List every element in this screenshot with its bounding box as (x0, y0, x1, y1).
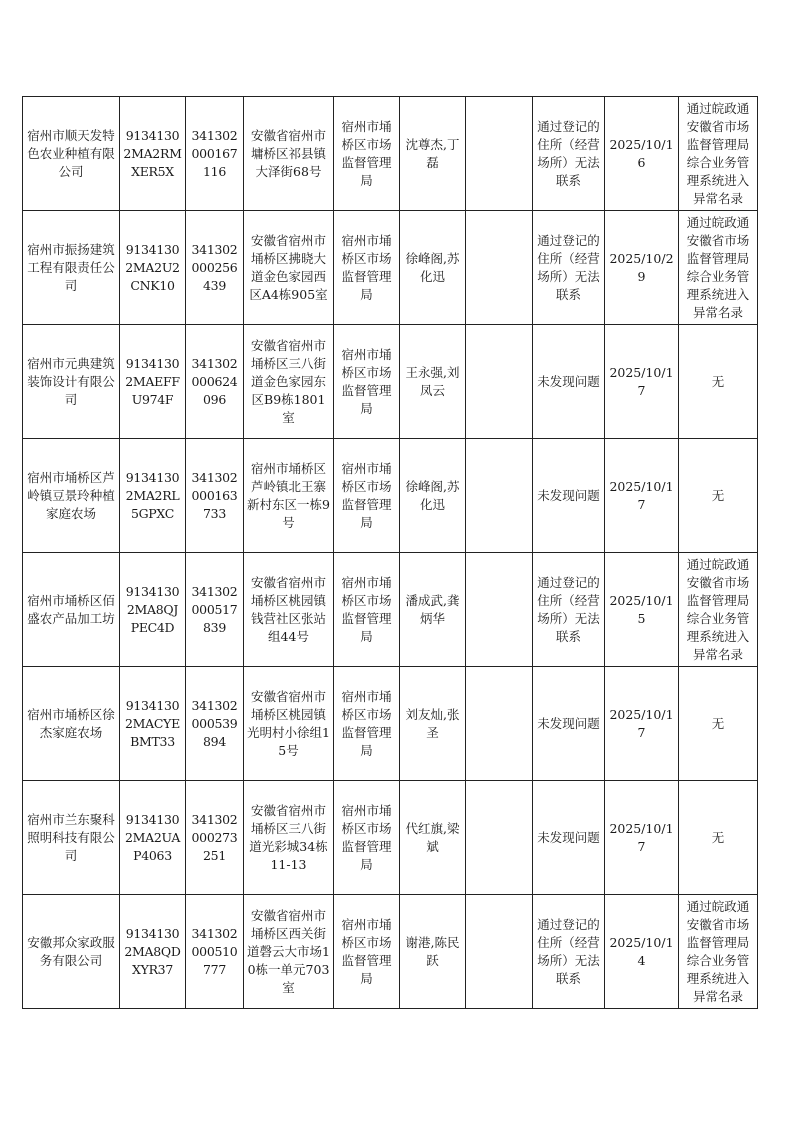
credit-code-cell: 91341302MAEFFU974F (120, 325, 186, 439)
enterprise-name-cell: 宿州市元典建筑装饰设计有限公司 (23, 325, 120, 439)
disposal-action-cell: 通过皖政通安徽省市场监督管理局综合业务管理系统进入异常名录 (679, 895, 758, 1009)
enterprise-name-cell: 宿州市顺天发特色农业种植有限公司 (23, 97, 120, 211)
inspection-result-cell: 通过登记的住所（经营场所）无法联系 (533, 895, 605, 1009)
credit-code-cell: 91341302MA2RMXER5X (120, 97, 186, 211)
authority-cell: 宿州市埇桥区市场监督管理局 (334, 553, 400, 667)
inspection-result-cell: 通过登记的住所（经营场所）无法联系 (533, 97, 605, 211)
disposal-action-cell: 无 (679, 781, 758, 895)
inspection-result-cell: 通过登记的住所（经营场所）无法联系 (533, 553, 605, 667)
inspection-result-cell: 通过登记的住所（经营场所）无法联系 (533, 211, 605, 325)
inspectors-cell: 沈尊杰,丁磊 (400, 97, 466, 211)
authority-cell: 宿州市埇桥区市场监督管理局 (334, 667, 400, 781)
table-row: 宿州市埇桥区徐杰家庭农场 91341302MACYEBMT33 34130200… (23, 667, 758, 781)
credit-code-cell: 91341302MA8QJPEC4D (120, 553, 186, 667)
authority-cell: 宿州市埇桥区市场监督管理局 (334, 97, 400, 211)
authority-cell: 宿州市埇桥区市场监督管理局 (334, 439, 400, 553)
registration-number-cell: 341302000510777 (186, 895, 244, 1009)
table-row: 宿州市埇桥区佰盛农产品加工坊 91341302MA8QJPEC4D 341302… (23, 553, 758, 667)
authority-cell: 宿州市埇桥区市场监督管理局 (334, 325, 400, 439)
enterprise-name-cell: 宿州市埇桥区芦岭镇豆景玲种植家庭农场 (23, 439, 120, 553)
address-cell: 宿州市埇桥区芦岭镇北王寨新村东区一栋9号 (244, 439, 334, 553)
address-cell: 安徽省宿州市埇桥区桃园镇钱营社区张站组44号 (244, 553, 334, 667)
empty-cell (466, 667, 533, 781)
address-cell: 安徽省宿州市埇桥区三八街道光彩城34栋11-13 (244, 781, 334, 895)
table-row: 宿州市元典建筑装饰设计有限公司 91341302MAEFFU974F 34130… (23, 325, 758, 439)
disposal-action-cell: 无 (679, 325, 758, 439)
table-row: 宿州市顺天发特色农业种植有限公司 91341302MA2RMXER5X 3413… (23, 97, 758, 211)
empty-cell (466, 553, 533, 667)
inspection-date-cell: 2025/10/17 (605, 667, 679, 781)
inspectors-cell: 潘成武,龚炳华 (400, 553, 466, 667)
empty-cell (466, 97, 533, 211)
inspection-result-cell: 未发现问题 (533, 781, 605, 895)
credit-code-cell: 91341302MA2RL5GPXC (120, 439, 186, 553)
empty-cell (466, 895, 533, 1009)
authority-cell: 宿州市埇桥区市场监督管理局 (334, 781, 400, 895)
disposal-action-cell: 通过皖政通安徽省市场监督管理局综合业务管理系统进入异常名录 (679, 553, 758, 667)
address-cell: 安徽省宿州市埇桥区桃园镇光明村小徐组15号 (244, 667, 334, 781)
inspection-results-table: 宿州市顺天发特色农业种植有限公司 91341302MA2RMXER5X 3413… (22, 96, 758, 1009)
enterprise-name-cell: 宿州市兰东聚科照明科技有限公司 (23, 781, 120, 895)
authority-cell: 宿州市埇桥区市场监督管理局 (334, 211, 400, 325)
inspectors-cell: 徐峰阁,苏化迅 (400, 211, 466, 325)
credit-code-cell: 91341302MA2U2CNK10 (120, 211, 186, 325)
inspection-result-cell: 未发现问题 (533, 325, 605, 439)
registration-number-cell: 341302000539894 (186, 667, 244, 781)
enterprise-name-cell: 宿州市埇桥区佰盛农产品加工坊 (23, 553, 120, 667)
disposal-action-cell: 通过皖政通安徽省市场监督管理局综合业务管理系统进入异常名录 (679, 211, 758, 325)
registration-number-cell: 341302000517839 (186, 553, 244, 667)
inspection-date-cell: 2025/10/14 (605, 895, 679, 1009)
credit-code-cell: 91341302MA2UAP4063 (120, 781, 186, 895)
inspection-date-cell: 2025/10/17 (605, 439, 679, 553)
inspectors-cell: 刘友灿,张圣 (400, 667, 466, 781)
registration-number-cell: 341302000167116 (186, 97, 244, 211)
empty-cell (466, 325, 533, 439)
registration-number-cell: 341302000624096 (186, 325, 244, 439)
disposal-action-cell: 无 (679, 667, 758, 781)
disposal-action-cell: 无 (679, 439, 758, 553)
inspectors-cell: 王永强,刘凤云 (400, 325, 466, 439)
address-cell: 安徽省宿州市埇桥区西关街道磬云大市场10栋一单元703室 (244, 895, 334, 1009)
table-row: 宿州市振扬建筑工程有限责任公司 91341302MA2U2CNK10 34130… (23, 211, 758, 325)
inspection-date-cell: 2025/10/17 (605, 781, 679, 895)
inspectors-cell: 徐峰阁,苏化迅 (400, 439, 466, 553)
enterprise-name-cell: 宿州市振扬建筑工程有限责任公司 (23, 211, 120, 325)
table-row: 安徽邦众家政服务有限公司 91341302MA8QDXYR37 34130200… (23, 895, 758, 1009)
registration-number-cell: 341302000256439 (186, 211, 244, 325)
inspectors-cell: 代红旗,梁斌 (400, 781, 466, 895)
address-cell: 安徽省宿州市埇桥区拂晓大道金色家园西区A4栋905室 (244, 211, 334, 325)
inspection-date-cell: 2025/10/29 (605, 211, 679, 325)
enterprise-name-cell: 宿州市埇桥区徐杰家庭农场 (23, 667, 120, 781)
disposal-action-cell: 通过皖政通安徽省市场监督管理局综合业务管理系统进入异常名录 (679, 97, 758, 211)
credit-code-cell: 91341302MACYEBMT33 (120, 667, 186, 781)
inspection-result-cell: 未发现问题 (533, 667, 605, 781)
credit-code-cell: 91341302MA8QDXYR37 (120, 895, 186, 1009)
inspection-date-cell: 2025/10/16 (605, 97, 679, 211)
table-row: 宿州市兰东聚科照明科技有限公司 91341302MA2UAP4063 34130… (23, 781, 758, 895)
address-cell: 安徽省宿州市埇桥区三八街道金色家园东区B9栋1801室 (244, 325, 334, 439)
registration-number-cell: 341302000163733 (186, 439, 244, 553)
inspection-date-cell: 2025/10/17 (605, 325, 679, 439)
authority-cell: 宿州市埇桥区市场监督管理局 (334, 895, 400, 1009)
inspection-result-cell: 未发现问题 (533, 439, 605, 553)
inspection-date-cell: 2025/10/15 (605, 553, 679, 667)
enterprise-name-cell: 安徽邦众家政服务有限公司 (23, 895, 120, 1009)
empty-cell (466, 781, 533, 895)
registration-number-cell: 341302000273251 (186, 781, 244, 895)
address-cell: 安徽省宿州市墉桥区祁县镇大泽街68号 (244, 97, 334, 211)
inspectors-cell: 谢港,陈民跃 (400, 895, 466, 1009)
empty-cell (466, 211, 533, 325)
table-row: 宿州市埇桥区芦岭镇豆景玲种植家庭农场 91341302MA2RL5GPXC 34… (23, 439, 758, 553)
empty-cell (466, 439, 533, 553)
